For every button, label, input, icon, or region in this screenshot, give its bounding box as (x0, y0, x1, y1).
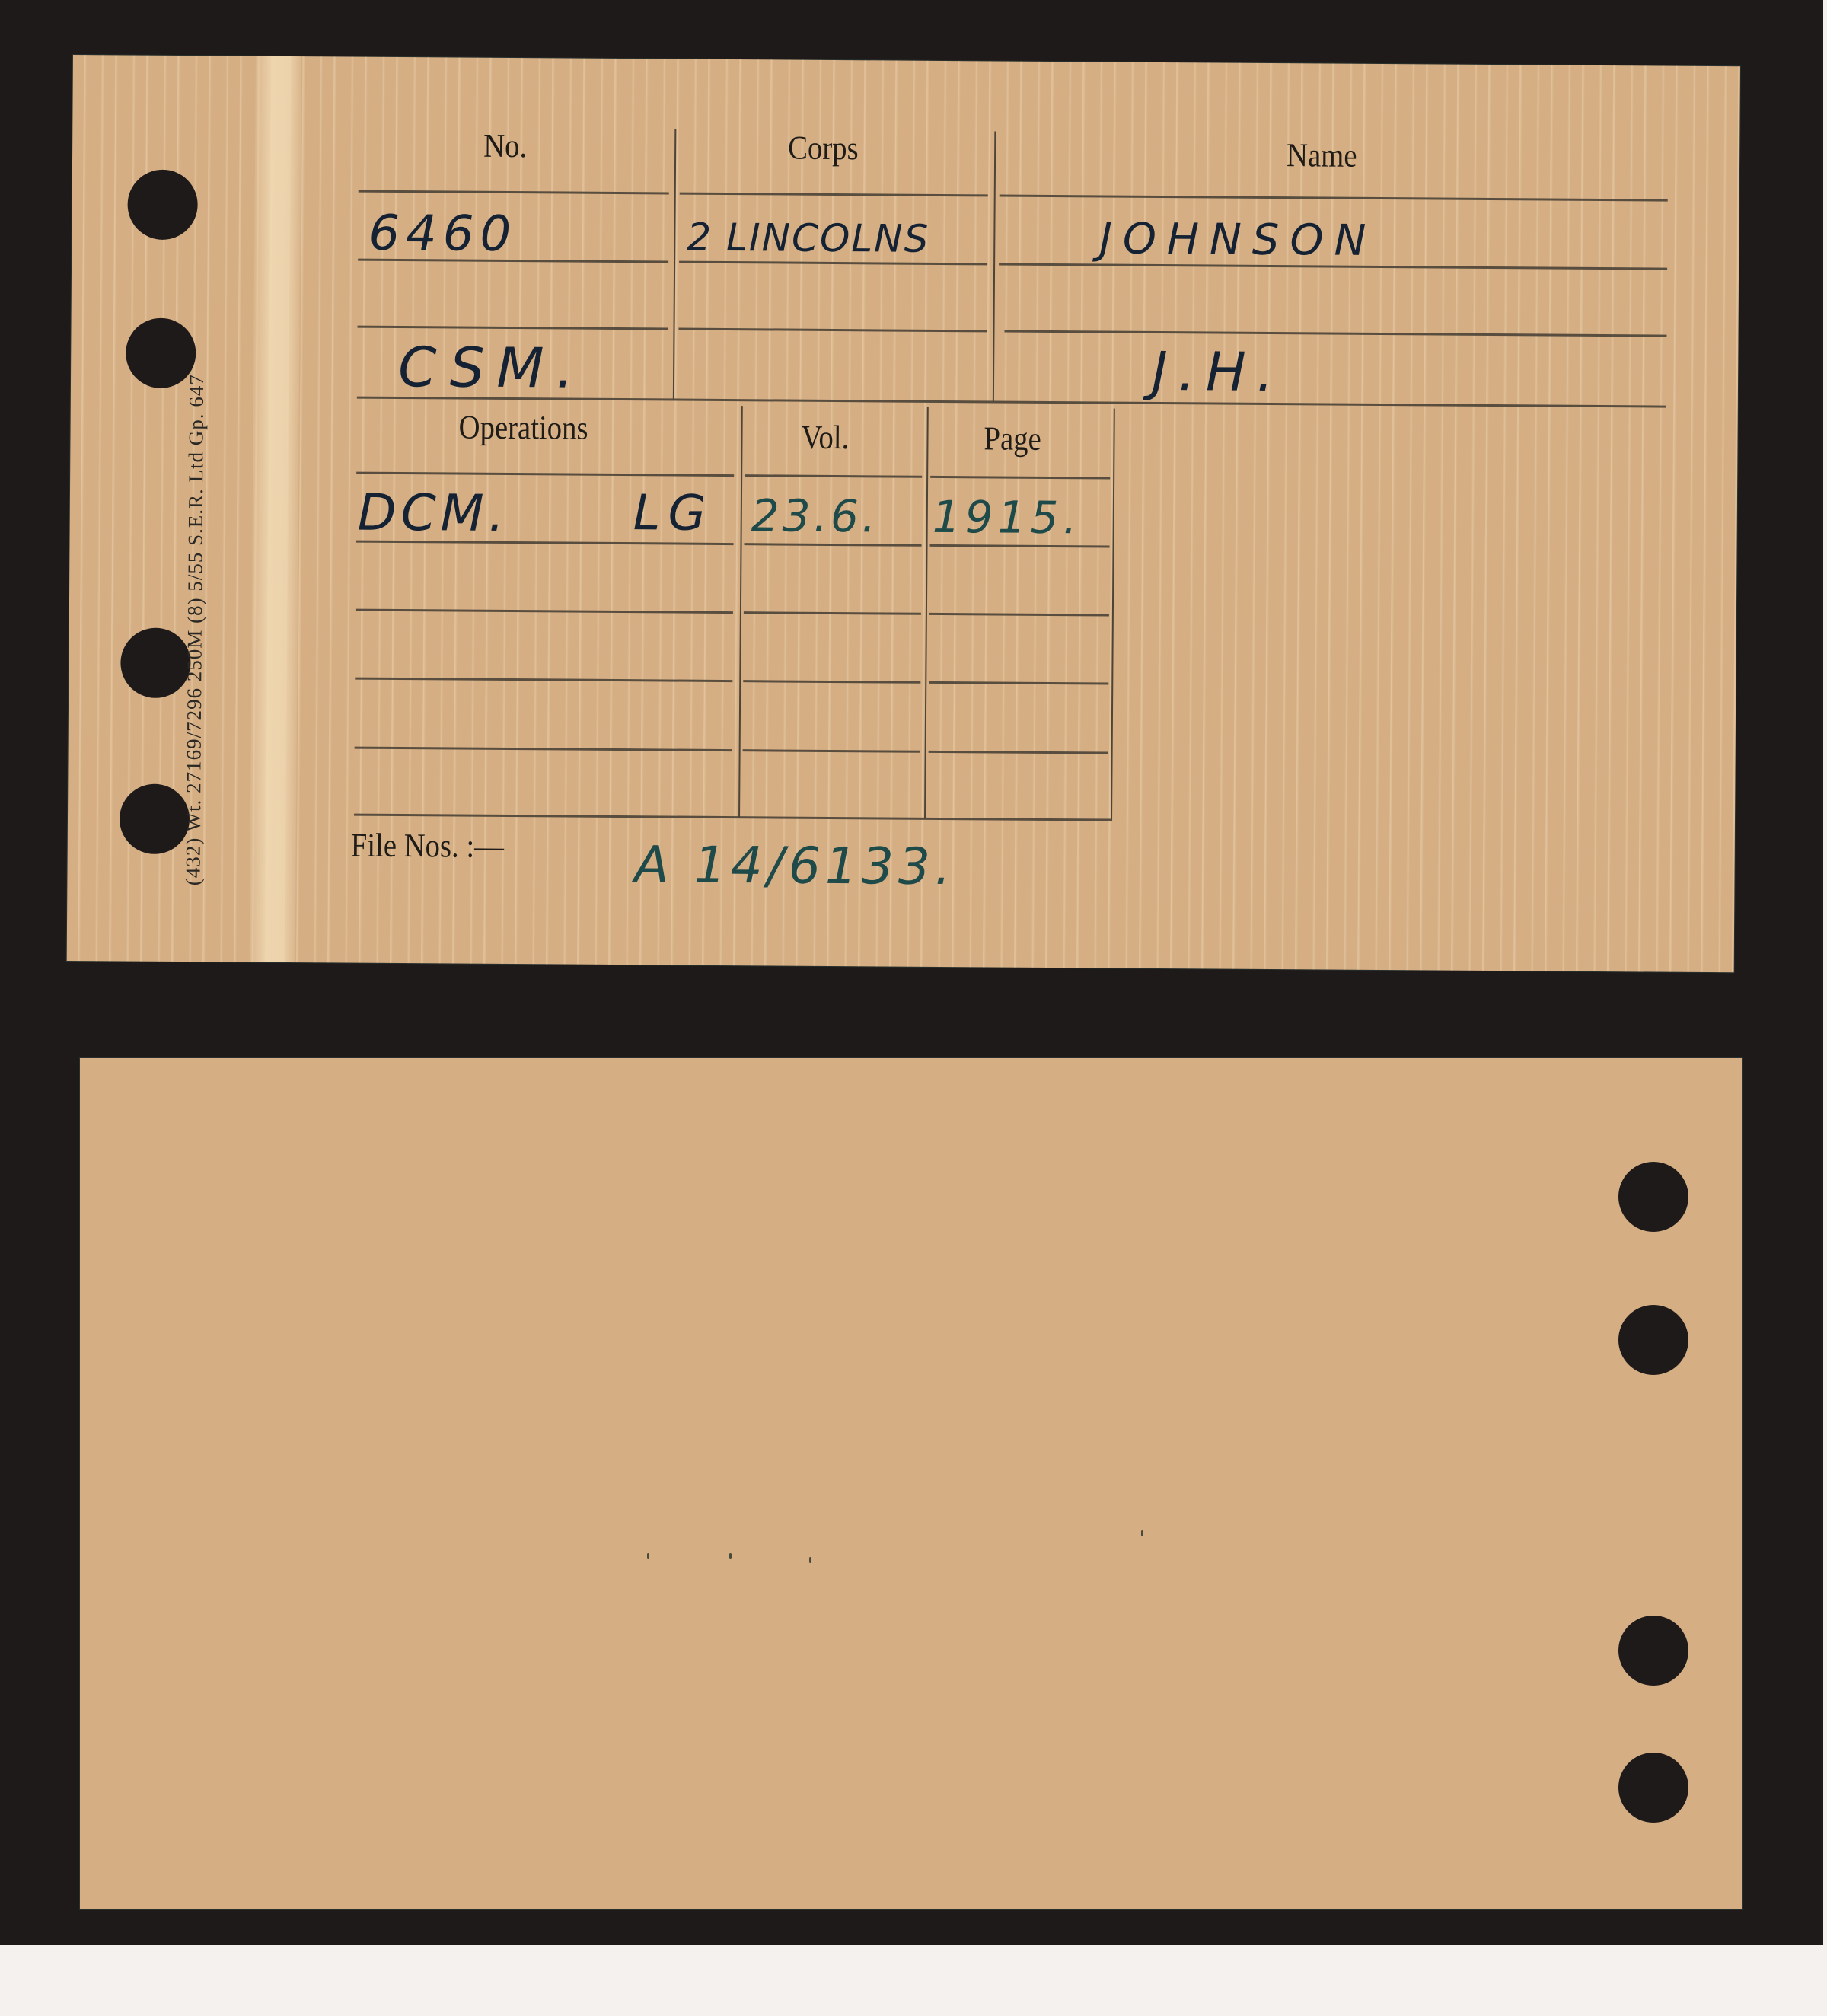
operations-entry: DCM. (358, 483, 509, 543)
rule (929, 751, 1108, 754)
header-no: No. (483, 126, 527, 165)
header-corps: Corps (788, 129, 859, 168)
rule (679, 261, 987, 266)
card-back (80, 1058, 1742, 1909)
punch-hole (1618, 1305, 1688, 1375)
table-right-border (1111, 409, 1115, 820)
header-operations: Operations (458, 408, 588, 448)
punch-hole (120, 627, 191, 698)
punch-hole (120, 783, 190, 854)
punch-hole (1618, 1616, 1688, 1686)
paper-speck (809, 1557, 811, 1563)
rule (1000, 194, 1668, 201)
divider-ops-vol (738, 406, 743, 817)
divider-corps-name (993, 131, 996, 401)
vol-entry: 23.6. (751, 490, 879, 542)
corps-entry: 2 LINCOLNS (687, 215, 929, 261)
rule (355, 678, 732, 682)
printer-imprint: (432) Wt. 27169/7296 250M (8) 5/55 S.E.R… (181, 374, 209, 885)
page-entry: 1915. (933, 491, 1082, 544)
rule (356, 472, 734, 477)
file-nos-value: A 14/6133. (634, 835, 955, 896)
table-bottom-rule (354, 814, 1112, 821)
rule (356, 609, 733, 614)
rule (678, 328, 987, 333)
rule (929, 681, 1108, 685)
file-nos-label: File Nos. :— (351, 826, 504, 866)
rank-entry: CSM. (398, 335, 586, 400)
rule (744, 611, 921, 615)
paper-light-band (250, 56, 301, 962)
rule (930, 544, 1110, 548)
rule (1004, 330, 1666, 337)
operations-ref-entry: LG (633, 485, 714, 542)
paper-speck (729, 1553, 732, 1559)
rule (929, 613, 1109, 617)
rule (743, 749, 920, 753)
rule (355, 747, 732, 751)
rule (745, 474, 922, 478)
header-vol: Vol. (801, 418, 849, 457)
header-page: Page (984, 419, 1041, 458)
rule (743, 680, 920, 684)
initials-entry: J.H. (1152, 340, 1284, 404)
service-number: 6460 (368, 206, 517, 263)
card-front: (432) Wt. 27169/7296 250M (8) 5/55 S.E.R… (67, 55, 1740, 972)
divider-no-corps (673, 129, 676, 400)
divider-vol-page (924, 407, 929, 818)
header-name: Name (1287, 136, 1357, 175)
paper-speck (647, 1553, 649, 1559)
paper-speck (1141, 1530, 1143, 1536)
surname-entry: JOHNSON (1099, 214, 1377, 266)
rule (680, 193, 988, 197)
rule (930, 476, 1110, 480)
punch-hole (1618, 1162, 1688, 1232)
punch-hole (1618, 1753, 1688, 1823)
punch-hole (127, 170, 198, 241)
rule (359, 190, 669, 195)
rule (745, 543, 922, 547)
rule (358, 326, 668, 330)
